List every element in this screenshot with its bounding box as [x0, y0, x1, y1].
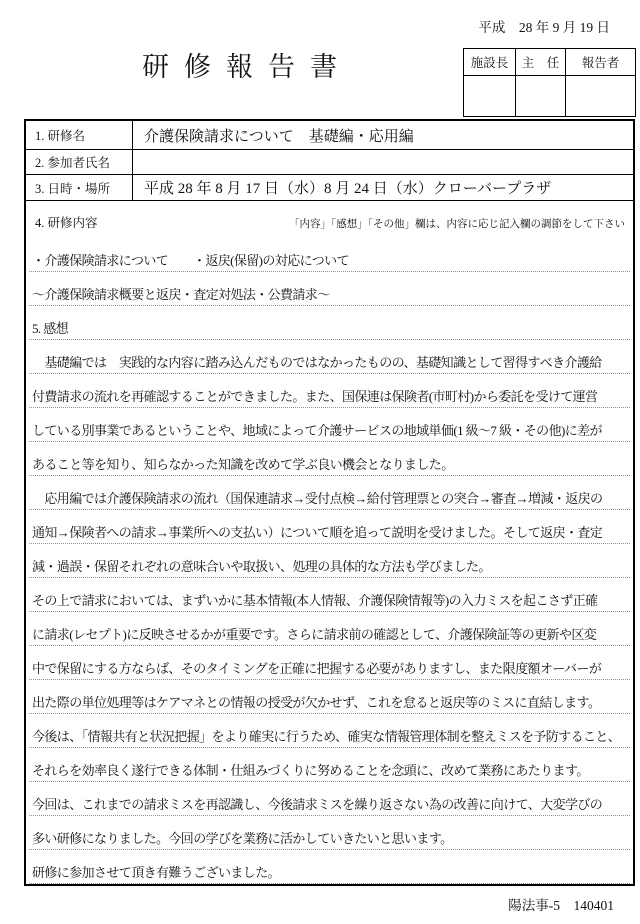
content-line: 今後は、「情報共有と状況把握」をより確実に行うため、確実な情報管理体制を整えミス…: [29, 714, 630, 748]
row-label: 1. 研修名: [26, 121, 133, 149]
row-value: 平成 28 年 8 月 17 日（水）8 月 24 日（水）クローバープラザ: [133, 175, 633, 200]
content-line: 5. 感想: [29, 306, 630, 340]
content-line: ～介護保険請求概要と返戻・査定対処法・公費請求～: [29, 272, 630, 306]
content-line: 応用編では介護保険請求の流れ（国保連請求→受付点検→給付管理票との突合→審査→増…: [29, 476, 630, 510]
approval-header-row: 施設長 主 任 報告者: [464, 49, 636, 76]
content-line: その上で請求においては、まずいかに基本情報(本人情報、介護保険情報等)の入力ミス…: [29, 578, 630, 612]
table-row-training-name: 1. 研修名 介護保険請求について 基礎編・応用編: [26, 121, 633, 150]
content-line: 通知→保険者への請求→事業所への支払い）について順を追って説明を受けました。そし…: [29, 510, 630, 544]
report-page: 平成 28 年 9 月 19 日 研修報告書 施設長 主 任 報告者 1. 研修…: [0, 0, 640, 924]
approval-signature-cell: [516, 76, 566, 117]
row-label: 2. 参加者氏名: [26, 150, 133, 174]
approval-header-reporter: 報告者: [566, 49, 636, 76]
report-date: 平成 28 年 9 月 19 日: [478, 16, 610, 36]
approval-signature-cell: [464, 76, 516, 117]
content-line: 出た際の単位処理等はケアマネとの情報の授受が欠かせず、これを怠ると返戻等のミスに…: [29, 680, 630, 714]
content-line: あること等を知り、知らなかった知識を改めて学ぶ良い機会となりました。: [29, 442, 630, 476]
section-note: 「内容」「感想」「その他」欄は、内容に応じ記入欄の調節をして下さい: [289, 216, 625, 231]
approval-table: 施設長 主 任 報告者: [463, 48, 636, 117]
content-line: 研修に参加させて頂き有難うございました。: [29, 850, 630, 884]
section-label: 4. 研修内容: [35, 213, 98, 231]
content-line: 多い研修になりました。今回の学びを業務に活かしていきたいと思います。: [29, 816, 630, 850]
content-line: 付費請求の流れを再確認することができました。また、国保連は保険者(市町村)から委…: [29, 374, 630, 408]
content-line: 基礎編では 実践的な内容に踏み込んだものではなかったものの、基礎知識として習得す…: [29, 340, 630, 374]
approval-header-chief: 主 任: [516, 49, 566, 76]
approval-signature-row: [464, 76, 636, 117]
content-line: 中で保留にする方ならば、そのタイミングを正確に把握する必要がありますし、また限度…: [29, 646, 630, 680]
content-line: ・介護保険請求について ・返戻(保留)の対応について: [29, 238, 630, 272]
content-line: 減・過誤・保留それぞれの意味合いや取扱い、処理の具体的な方法も学びました。: [29, 544, 630, 578]
content-line: に請求(レセプト)に反映させるかが重要です。さらに請求前の確認として、介護保険証…: [29, 612, 630, 646]
row-value: 介護保険請求について 基礎編・応用編: [133, 121, 633, 149]
approval-signature-cell: [566, 76, 636, 117]
content-line: 今回は、これまでの請求ミスを再認識し、今後請求ミスを繰り返さない為の改善に向けて…: [29, 782, 630, 816]
content-line: それらを効率良く遂行できる体制・仕組みづくりに努めることを念頭に、改めて業務にあ…: [29, 748, 630, 782]
approval-header-facility-director: 施設長: [464, 49, 516, 76]
table-row-date-place: 3. 日時・場所 平成 28 年 8 月 17 日（水）8 月 24 日（水）ク…: [26, 175, 633, 201]
form-code: 陽法事-5 140401: [508, 894, 614, 914]
row-value: [133, 150, 633, 174]
report-title: 研修報告書: [142, 45, 352, 84]
row-label: 3. 日時・場所: [26, 175, 133, 200]
table-row-participant-name: 2. 参加者氏名: [26, 150, 633, 175]
training-content-header: 4. 研修内容 「内容」「感想」「その他」欄は、内容に応じ記入欄の調節をして下さ…: [26, 201, 633, 238]
content-line: している別事業であるということや、地域によって介護サービスの地域単価(1 級～7…: [29, 408, 630, 442]
training-content-body: ・介護保険請求について ・返戻(保留)の対応について ～介護保険請求概要と返戻・…: [26, 238, 633, 884]
report-table: 1. 研修名 介護保険請求について 基礎編・応用編 2. 参加者氏名 3. 日時…: [24, 119, 635, 886]
